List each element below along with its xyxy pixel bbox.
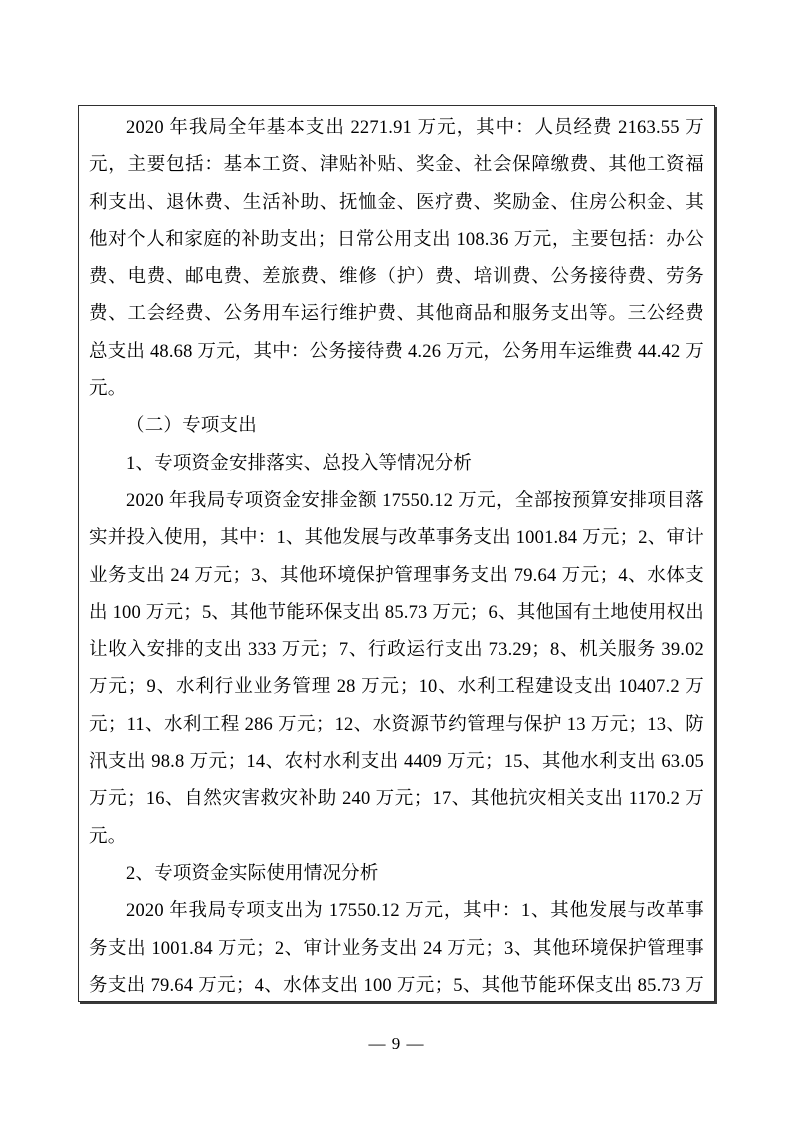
document-paragraph: （二）专项支出 (89, 408, 704, 445)
document-paragraph: 2020 年我局专项支出为 17550.12 万元，其中：1、其他发展与改革事务… (89, 893, 704, 1002)
document-paragraph: 2020 年我局专项资金安排金额 17550.12 万元，全部按预算安排项目落实… (89, 483, 704, 856)
document-paragraph: 1、专项资金安排落实、总投入等情况分析 (89, 446, 704, 483)
document-paragraph: 2020 年我局全年基本支出 2271.91 万元，其中：人员经费 2163.5… (89, 110, 704, 408)
document-paragraph: 2、专项资金实际使用情况分析 (89, 856, 704, 893)
document-text-box: 2020 年我局全年基本支出 2271.91 万元，其中：人员经费 2163.5… (78, 105, 715, 1002)
document-page: 2020 年我局全年基本支出 2271.91 万元，其中：人员经费 2163.5… (0, 0, 793, 1122)
page-number: — 9 — (0, 1034, 793, 1054)
